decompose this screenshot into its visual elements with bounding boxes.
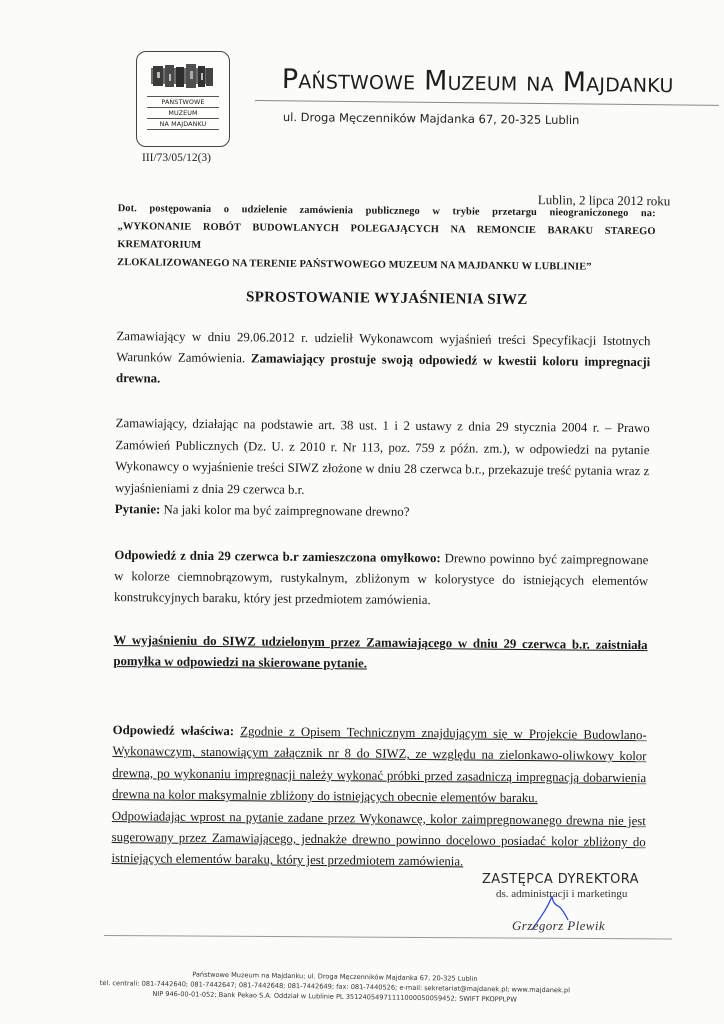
document-title: SPROSTOWANIE WYJAŚNIENIA SIWZ [117, 288, 657, 310]
legal-basis-text: Zamawiający, działając na podstawie art.… [115, 413, 650, 504]
footer-contact: Państwowe Muzeum na Majdanku; ul. Droga … [100, 968, 570, 1005]
museum-logo: PAŃSTWOWE MUZEUM NA MAJDANKU [136, 51, 230, 147]
logo-text-line: MUZEUM [147, 107, 219, 118]
museum-logo-mark-icon [149, 62, 215, 92]
question-label: Pytanie: [115, 502, 161, 516]
logo-text-line: NA MAJDANKU [147, 118, 219, 130]
question-text: Na jaki kolor ma być zaimpregnowane drew… [160, 502, 409, 518]
intro-paragraph: Zamawiający w dniu 29.06.2012 r. udzieli… [116, 326, 651, 394]
footer-divider [104, 935, 672, 939]
correct-answer-paragraph: Odpowiedź właściwa: Zgodnie z Opisem Tec… [111, 720, 646, 875]
reference-number: III/73/05/12(3) [142, 152, 211, 164]
subject-block: Dot. postępowania o udzielenie zamówieni… [117, 200, 656, 277]
signatory-title: ZASTĘPCA DYREKTORA [482, 872, 639, 887]
letter-body: Lublin, 2 lipca 2012 roku Dot. postępowa… [2, 0, 724, 6]
legal-basis-paragraph: Zamawiający, działając na podstawie art.… [115, 413, 650, 526]
correct-answer-label: Odpowiedź właściwa: [113, 723, 234, 738]
subject-line: „WYKONANIE ROBÓT BUDOWLANYCH POLEGAJĄCYC… [117, 218, 655, 259]
header-divider [255, 100, 719, 106]
organization-address: ul. Droga Męczenników Majdanka 67, 20-32… [283, 110, 580, 127]
subject-line: ZLOKALIZOWANEGO NA TERENIE PAŃSTWOWEGO M… [117, 254, 655, 277]
erroneous-answer-paragraph: Odpowiedź z dnia 29 czerwca b.r zamieszc… [114, 545, 649, 613]
question-line: Pytanie: Na jaki kolor ma być zaimpregno… [115, 499, 649, 526]
direct-answer-text: Odpowiadając wprost na pytanie zadane pr… [111, 806, 646, 875]
error-notice-paragraph: W wyjaśnieniu do SIWZ udzielonym przez Z… [113, 630, 647, 677]
erroneous-answer-label: Odpowiedź z dnia 29 czerwca b.r zamieszc… [114, 548, 440, 565]
signatory-name: Grzegorz Plewik [512, 918, 605, 934]
logo-text-line: PAŃSTWOWE [147, 96, 219, 107]
organization-name: Państwowe Muzeum na Majdanku [282, 64, 674, 99]
